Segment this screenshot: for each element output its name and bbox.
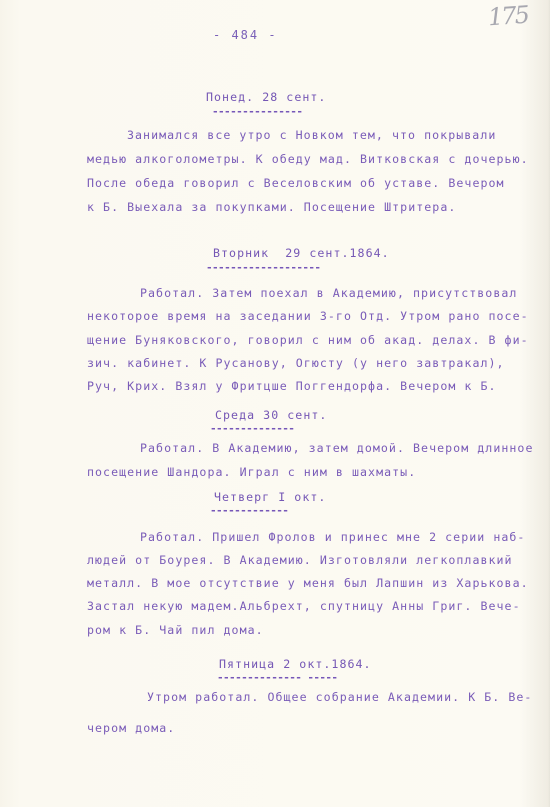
text-line: металл. В мое отсутствие у меня был Лапш… xyxy=(87,576,529,590)
text-line: Руч, Крих. Взял у Фритцше Поггендорфа. В… xyxy=(87,379,497,393)
text-line: ром к Б. Чай пил дома. xyxy=(87,623,264,637)
heading-underline: -------------- xyxy=(210,425,294,433)
entry-heading: Пятница 2 окт.1864. xyxy=(219,657,372,671)
text-line: После обеда говорил с Веселовским об уст… xyxy=(87,176,505,190)
heading-underline: --------------- xyxy=(212,108,302,116)
text-line: зич. кабинет. К Русанову, Огюсту (у него… xyxy=(87,356,505,370)
text-line: щение Буняковского, говорил с ним об ака… xyxy=(87,333,529,347)
text-line: Занимался все утро с Новком тем, что пок… xyxy=(127,128,496,142)
document-page: 175 - 484 - Понед. 28 сент. ------------… xyxy=(0,0,550,807)
entry-heading: Вторник 29 сент.1864. xyxy=(213,246,390,260)
entry-heading: Четверг I окт. xyxy=(214,490,326,504)
text-line: людей от Боурея. В Академию. Изготовляли… xyxy=(87,553,513,567)
text-line: Утром работал. Общее собрание Академии. … xyxy=(147,690,532,704)
heading-underline: -------------- ----- xyxy=(217,674,337,682)
entry-heading: Среда 30 сент. xyxy=(215,408,327,422)
text-line: к Б. Выехала за покупками. Посещение Штр… xyxy=(87,200,456,214)
text-line: Работал. Затем поехал в Академию, присут… xyxy=(140,286,517,300)
entry-heading: Понед. 28 сент. xyxy=(206,90,326,104)
text-line: некоторое время на заседании 3-го Отд. У… xyxy=(87,309,529,323)
text-line: Застал некую мадем.Альбрехт, спутницу Ан… xyxy=(87,599,521,613)
text-line: медью алкоголометры. К обеду мад. Витков… xyxy=(87,152,529,166)
text-line: посещение Шандора. Играл с ним в шахматы… xyxy=(87,465,416,479)
text-line: Работал. Пришел Фролов и принес мне 2 се… xyxy=(140,530,525,544)
heading-underline: ------------------- xyxy=(206,264,320,272)
heading-underline: ------------- xyxy=(210,507,288,515)
text-line: Работал. В Академию, затем домой. Вечеро… xyxy=(140,441,533,455)
text-line: чером дома. xyxy=(87,721,175,735)
archive-folio-number: 175 xyxy=(487,1,529,32)
page-number: - 484 - xyxy=(213,28,278,42)
